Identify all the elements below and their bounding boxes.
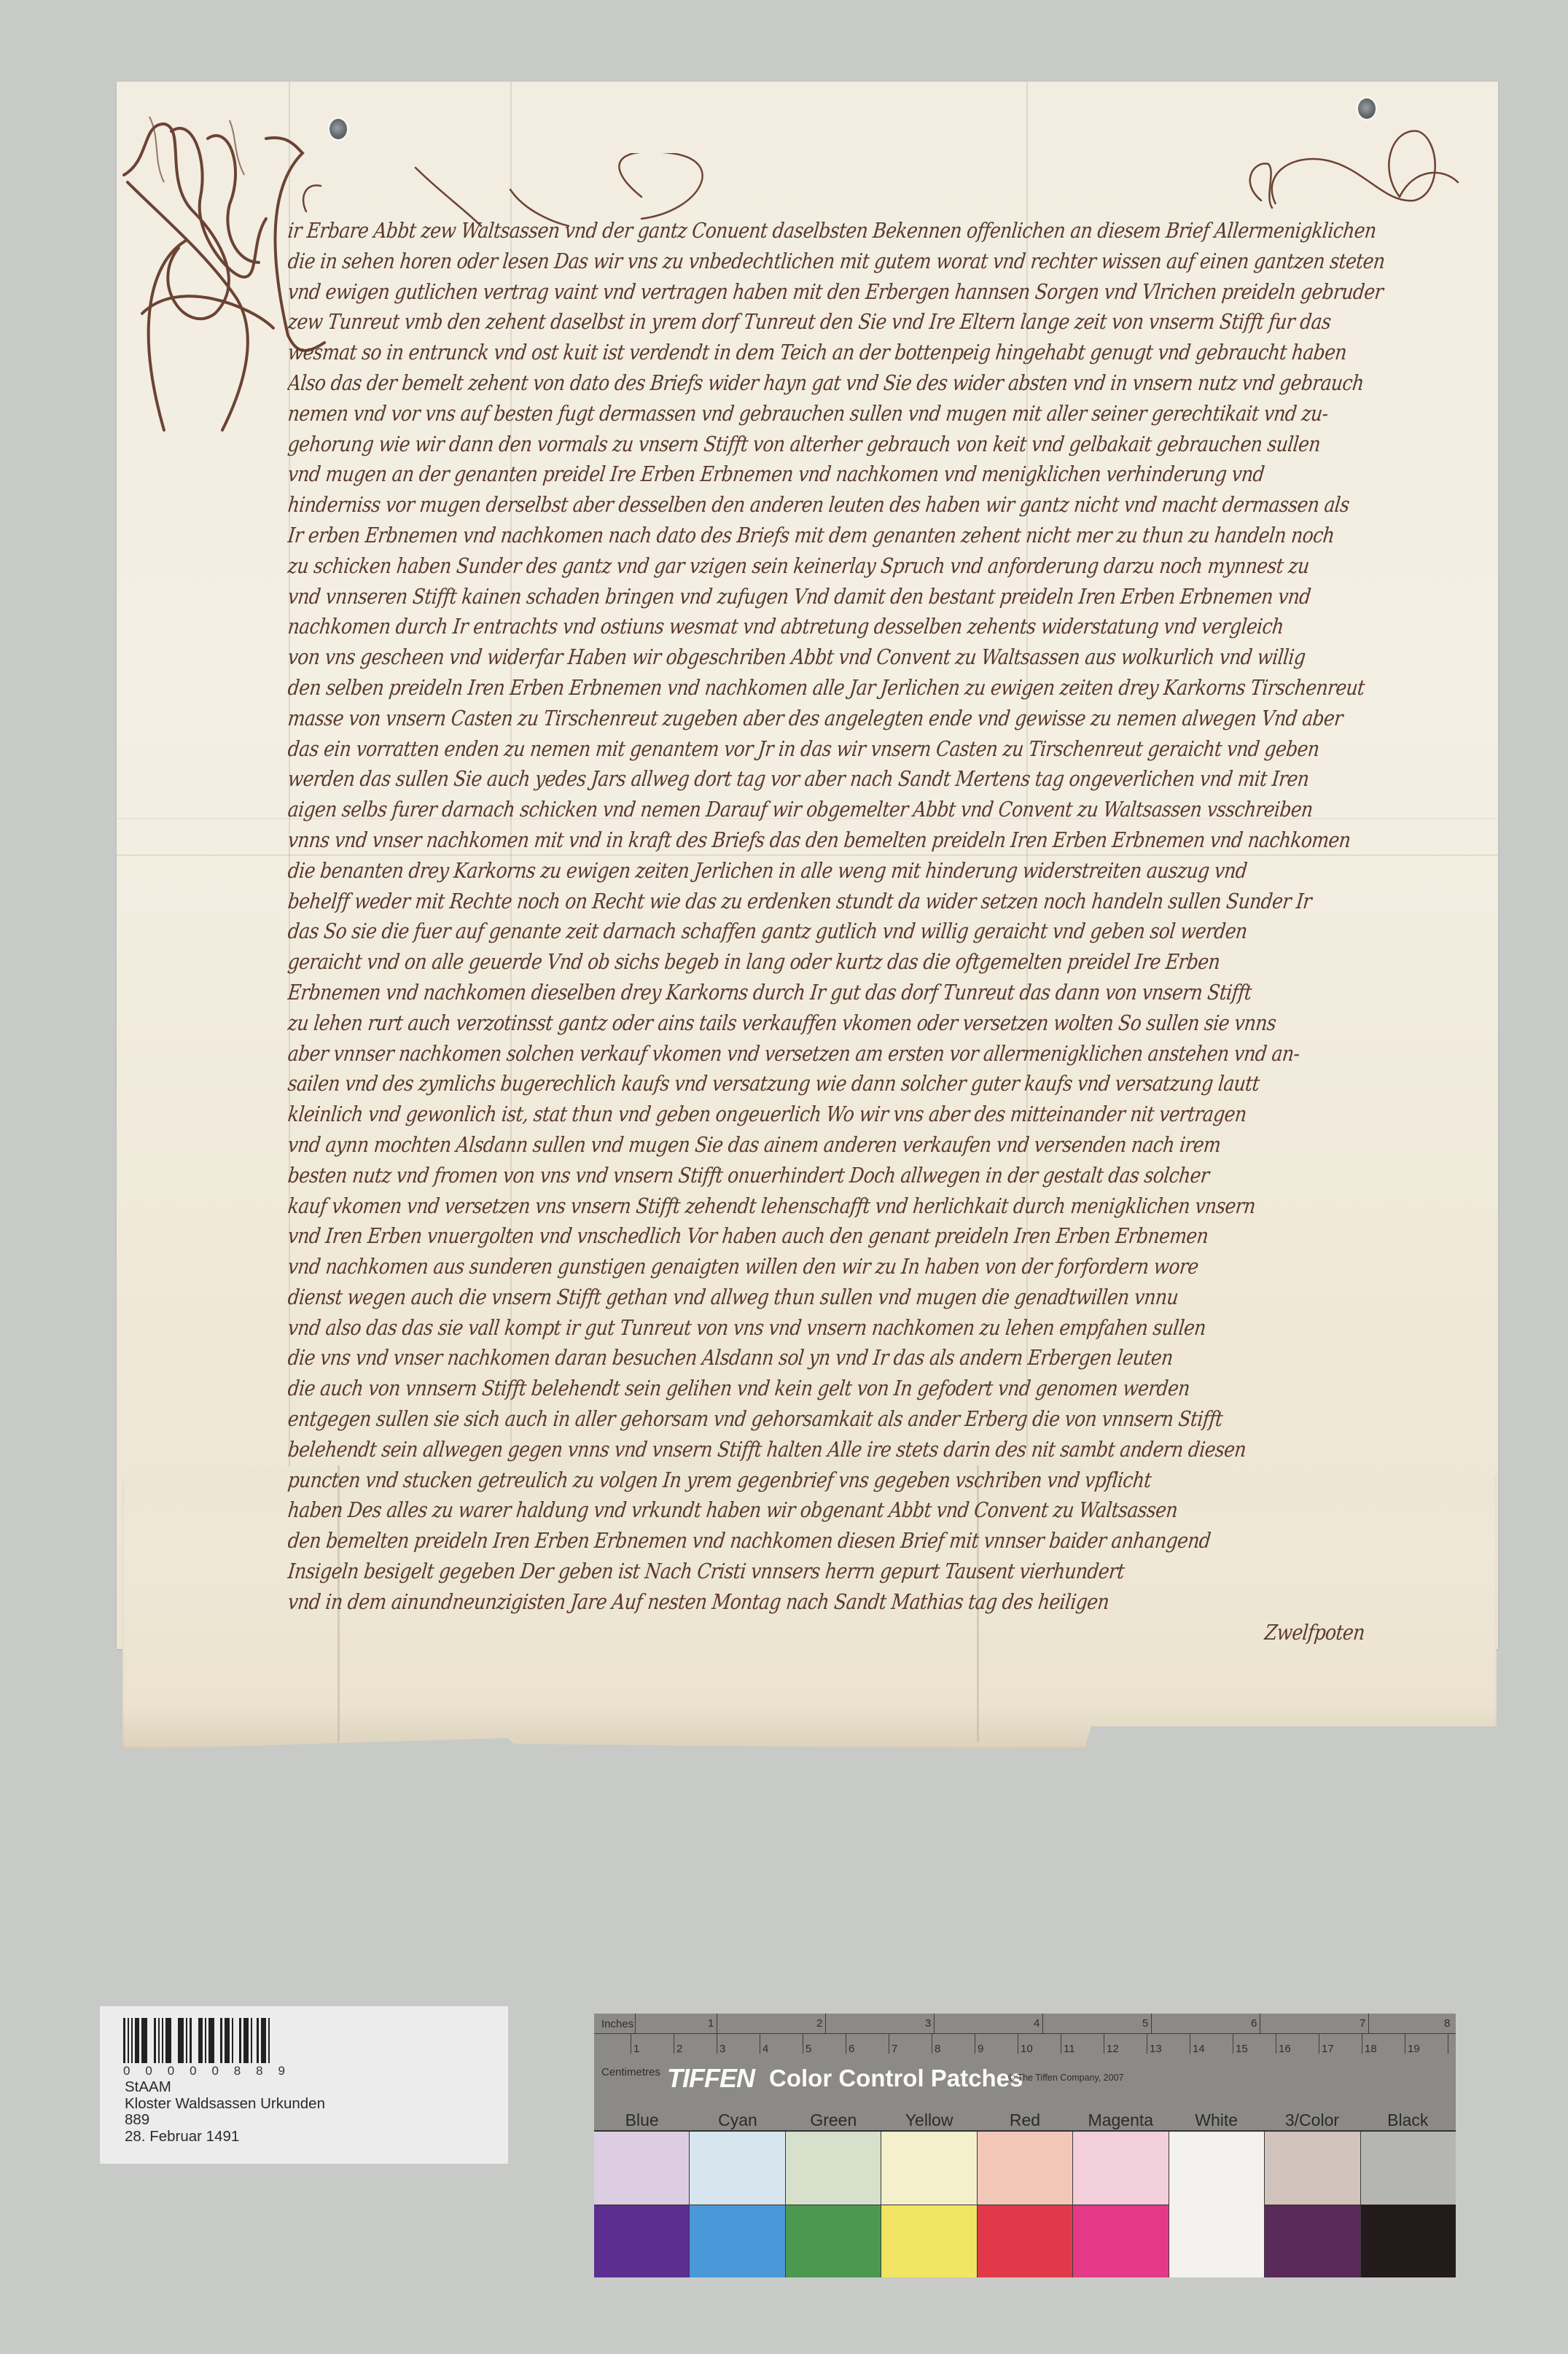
cm-tick-label: 3 bbox=[719, 2043, 725, 2055]
inch-tick-label: 2 bbox=[816, 2017, 822, 2030]
patch-label-yellow: Yellow bbox=[881, 2110, 977, 2130]
text-line: entgegen sullen sie sich auch in aller g… bbox=[286, 1402, 1456, 1437]
text-line: vnd in dem ainundneunzigisten Jare Auf n… bbox=[286, 1585, 1456, 1620]
patch-label-red: Red bbox=[977, 2110, 1072, 2130]
text-line: ir Erbare Abbt zew Waltsassen vnd der ga… bbox=[286, 214, 1456, 249]
inch-tick-label: 7 bbox=[1360, 2017, 1365, 2030]
archive-name: StAAM bbox=[125, 2079, 325, 2096]
barcode-digit: 0 bbox=[168, 2064, 174, 2078]
cm-tick-label: 8 bbox=[935, 2043, 940, 2055]
patch-green bbox=[786, 2132, 881, 2277]
patch-label-black: Black bbox=[1360, 2110, 1456, 2130]
cm-tick-label: 9 bbox=[978, 2043, 983, 2055]
text-line: kleinlich vnd gewonlich ist, stat thun v… bbox=[286, 1097, 1456, 1132]
text-line: geraicht vnd on alle geuerde Vnd ob sich… bbox=[286, 945, 1456, 980]
inch-tick-label: 4 bbox=[1034, 2017, 1040, 2030]
corner-flourish bbox=[1261, 117, 1451, 219]
text-line: Insigeln besigelt gegeben Der geben ist … bbox=[286, 1554, 1456, 1589]
inch-tick-label: 3 bbox=[925, 2017, 931, 2030]
text-line: die in sehen horen oder lesen Das wir vn… bbox=[286, 244, 1456, 279]
barcode-digit: 0 bbox=[123, 2064, 130, 2078]
centimetres-label: Centimetres bbox=[601, 2066, 660, 2078]
cm-tick-label: 5 bbox=[806, 2043, 811, 2055]
cm-tick-label: 2 bbox=[676, 2043, 682, 2055]
cm-tick-label: 12 bbox=[1107, 2043, 1119, 2055]
cm-tick-label: 13 bbox=[1150, 2043, 1162, 2055]
patch-label-cyan: Cyan bbox=[690, 2110, 785, 2130]
patch-3color bbox=[1265, 2132, 1360, 2277]
color-patches bbox=[594, 2132, 1456, 2277]
text-line: dienst wegen auch die vnsern Stifft geth… bbox=[286, 1280, 1456, 1315]
text-line: aigen selbs furer darnach schicken vnd n… bbox=[286, 792, 1456, 827]
text-line: zu lehen rurt auch verzotinsst gantz ode… bbox=[286, 1006, 1456, 1041]
patch-magenta bbox=[1073, 2132, 1169, 2277]
text-line: belehendt sein allwegen gegen vnns vnd v… bbox=[286, 1433, 1456, 1468]
cm-tick-label: 16 bbox=[1279, 2043, 1291, 2055]
text-line: vnd aynn mochten Alsdann sullen vnd muge… bbox=[286, 1128, 1456, 1163]
archive-label: 0 0 0 0 0 8 8 9 StAAM Kloster Waldsassen… bbox=[100, 2006, 508, 2164]
text-line: besten nutz vnd fromen von vns vnd vnser… bbox=[286, 1158, 1456, 1193]
text-line: den selben preideln Iren Erben Erbnemen … bbox=[286, 671, 1456, 706]
text-line: Also das der bemelt zehent von dato des … bbox=[286, 366, 1456, 401]
patch-label-blue: Blue bbox=[594, 2110, 690, 2130]
text-line: Erbnemen vnd nachkomen dieselben drey Ka… bbox=[286, 975, 1456, 1010]
patch-label-3color: 3/Color bbox=[1264, 2110, 1360, 2130]
cm-tick-label: 11 bbox=[1064, 2043, 1075, 2055]
barcode-digit: 8 bbox=[256, 2064, 262, 2078]
cm-tick-label: 4 bbox=[762, 2043, 768, 2055]
tiffen-logo: TIFFEN bbox=[667, 2063, 754, 2094]
patch-cyan bbox=[690, 2132, 785, 2277]
cm-tick-label: 6 bbox=[849, 2043, 854, 2055]
cm-tick-label: 18 bbox=[1365, 2043, 1377, 2055]
chart-title: Color Control Patches bbox=[769, 2065, 1023, 2092]
barcode-digit: 9 bbox=[278, 2064, 285, 2078]
patch-label-green: Green bbox=[786, 2110, 881, 2130]
barcode-digit: 8 bbox=[234, 2064, 241, 2078]
document-date: 28. Februar 1491 bbox=[125, 2129, 325, 2146]
cm-tick-label: 1 bbox=[633, 2043, 639, 2055]
color-control-chart: Inches Centimetres 1 2 3 4 5 6 7 8 1 2 3… bbox=[594, 2014, 1456, 2276]
barcode-digit: 0 bbox=[211, 2064, 218, 2078]
ruler: Inches Centimetres 1 2 3 4 5 6 7 8 1 2 3… bbox=[594, 2014, 1456, 2110]
text-line: Ir erben Erbnemen vnd nachkomen nach dat… bbox=[286, 518, 1456, 553]
inch-tick-label: 8 bbox=[1444, 2017, 1450, 2030]
patch-blue bbox=[594, 2132, 690, 2277]
collection-name: Kloster Waldsassen Urkunden bbox=[125, 2096, 325, 2113]
cm-tick-label: 7 bbox=[892, 2043, 897, 2055]
patch-white bbox=[1169, 2132, 1265, 2277]
patch-labels: Blue Cyan Green Yellow Red Magenta White… bbox=[594, 2110, 1456, 2132]
patch-yellow bbox=[881, 2132, 977, 2277]
cm-tick-label: 17 bbox=[1322, 2043, 1334, 2055]
inch-tick-label: 6 bbox=[1251, 2017, 1257, 2030]
inches-label: Inches bbox=[601, 2018, 633, 2030]
text-line: vnns vnd vnser nachkomen mit vnd in kraf… bbox=[286, 823, 1456, 858]
cm-tick-label: 15 bbox=[1236, 2043, 1248, 2055]
patch-label-magenta: Magenta bbox=[1073, 2110, 1169, 2130]
inch-tick-label: 1 bbox=[708, 2017, 714, 2030]
text-line: die benanten drey Karkorns zu ewigen zei… bbox=[286, 854, 1456, 889]
barcode-digit: 0 bbox=[190, 2064, 196, 2078]
cm-tick-label: 19 bbox=[1408, 2043, 1420, 2055]
text-line: zu schicken haben Sunder des gantz vnd g… bbox=[286, 549, 1456, 584]
document-number: 889 bbox=[125, 2112, 325, 2129]
inch-tick-label: 5 bbox=[1142, 2017, 1148, 2030]
copyright: © The Tiffen Company, 2007 bbox=[1008, 2073, 1124, 2083]
patch-red bbox=[978, 2132, 1073, 2277]
barcode bbox=[123, 2018, 272, 2063]
charter-text: ir Erbare Abbt zew Waltsassen vnd der ga… bbox=[288, 216, 1454, 1648]
patch-label-white: White bbox=[1169, 2110, 1264, 2130]
barcode-digits: 0 0 0 0 0 8 8 9 bbox=[123, 2064, 285, 2078]
text-line-signoff: Zwelfpoten bbox=[286, 1616, 1456, 1650]
cm-tick-label: 14 bbox=[1193, 2043, 1205, 2055]
text-line: masse von vnsern Casten zu Tirschenreut … bbox=[286, 701, 1456, 736]
text-line: vnd nachkomen aus sunderen gunstigen gen… bbox=[286, 1250, 1456, 1285]
barcode-digit: 0 bbox=[145, 2064, 152, 2078]
text-line: nemen vnd vor vns auf besten fugt dermas… bbox=[286, 397, 1456, 432]
cm-tick-label: 10 bbox=[1021, 2043, 1033, 2055]
patch-black bbox=[1361, 2132, 1456, 2277]
